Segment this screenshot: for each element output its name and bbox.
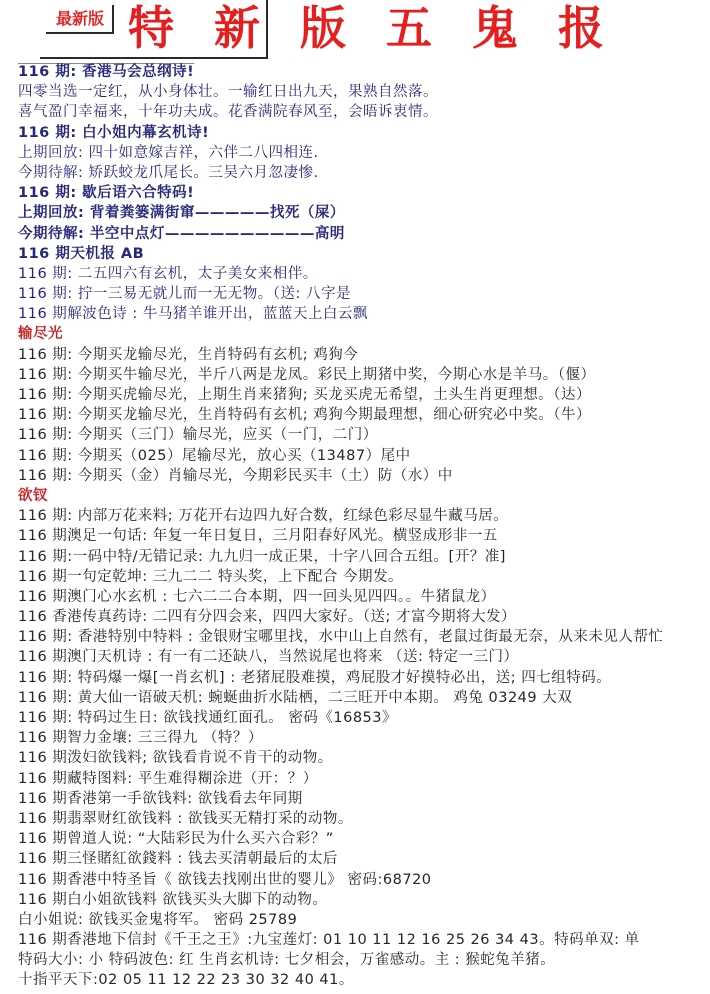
tip-line: 116 期: 今期买（025）尾输尽光，放心买（13487）尾中 bbox=[18, 446, 706, 466]
tip-line: 116 期: 今期买龙输尽光，生肖特码有玄机; 鸡狗今 bbox=[18, 345, 706, 365]
tip-line: 116 期香港第一手欲钱料: 欲钱看去年同期 bbox=[18, 789, 706, 809]
poem-line: 喜气盈门幸福来，十年功夫成。花香满院春风至，会晤诉衷情。 bbox=[18, 102, 706, 122]
tip-line: 116 期三怪賭紅欲錢料 : 钱去买清朝最后的太后 bbox=[18, 849, 706, 869]
tip-line: 116 期香港地下信封《千王之王》:九宝莲灯: 01 10 11 12 16 2… bbox=[18, 930, 706, 950]
latest-version-badge: 最新版 bbox=[46, 5, 114, 34]
poem-line: 四零当选一定红，从小身体壮。一输红日出九天，果熟自然落。 bbox=[18, 82, 706, 102]
tip-line: 116 期: 内部万花来料; 万花开右边四九好合数，红绿色彩尽显牛藏马居。 bbox=[18, 506, 706, 526]
tip-line: 116 期:一码中特/无错记录: 九九归一成正果，十字八回合五组。[开？准] bbox=[18, 547, 706, 567]
tip-line: 116 期: 香港特别中特料 : 金银财宝哪里找，水中山上自然有，老鼠过街最无奈… bbox=[18, 627, 706, 647]
poem-line: 116 期: 二五四六有玄机，太子美女来相伴。 bbox=[18, 264, 706, 284]
section-header-shujinguang: 输尽光 bbox=[18, 324, 706, 344]
tip-line: 116 期智力金壤: 三三得九 （特？） bbox=[18, 728, 706, 748]
tip-line: 116 期: 特码过生日: 欲钱找通红面孔。 密码《16853》 bbox=[18, 708, 706, 728]
tip-line: 十指平天下:02 05 11 12 22 23 30 32 40 41。 bbox=[18, 970, 706, 990]
tip-line: 特码大小: 小 特码波色: 红 生肖玄机诗: 七夕相会，万雀感动。主 : 猴蛇兔… bbox=[18, 950, 706, 970]
tip-line: 116 期曾道人说: “大陆彩民为什么买六合彩？” bbox=[18, 829, 706, 849]
tip-line: 116 期香港中特圣旨《 欲钱去找刚出世的婴儿》 密码:68720 bbox=[18, 870, 706, 890]
poem-line: 116 期解波色诗 : 牛马猪羊谁开出，蓝蓝天上白云飘 bbox=[18, 304, 706, 324]
poem-line: 今期待解: 矫跃蛟龙爪尾长。三吴六月忽凄惨. bbox=[18, 163, 706, 183]
tip-line: 116 期澳门天机诗 : 有一有二还缺八，当然说尾也将来 （送: 特定一三门） bbox=[18, 647, 706, 667]
tip-line: 116 期: 今期买牛输尽光，半斤八两是龙凤。彩民上期猪中奖，今期心水是羊马。（… bbox=[18, 365, 706, 385]
tip-line: 116 期: 特码爆一爆[一肖玄机] : 老猪屁股难摸，鸡屁股才好摸特必出，送;… bbox=[18, 668, 706, 688]
poem-line: 上期回放: 背着粪篓满街窜—————找死（屎） bbox=[18, 203, 706, 223]
tip-line: 116 香港传真药诗: 二四有分四会来，四四大家好。（送; 才富今期将大发） bbox=[18, 607, 706, 627]
content: 116 期: 香港马会总纲诗!四零当选一定红，从小身体壮。一输红日出九天，果熟自… bbox=[0, 62, 710, 991]
tip-line: 116 期澳足一句话: 年复一年日复日，三月阳春好风光。横竖成形非一五 bbox=[18, 526, 706, 546]
tip-line: 116 期: 黄大仙一语破天机: 蜿蜒曲折水陆栖，二三旺开中本期。 鸡兔 032… bbox=[18, 688, 706, 708]
tip-line: 白小姐说: 欲钱买金鬼将军。 密码 25789 bbox=[18, 910, 706, 930]
poem-line: 上期回放: 四十如意嫁吉祥，六伴二八四相连. bbox=[18, 143, 706, 163]
tip-line: 116 期: 今期买虎输尽光，上期生肖来猪狗; 买龙买虎无希望，土头生肖更理想。… bbox=[18, 385, 706, 405]
poem-line: 今期待解: 半空中点灯——————————高明 bbox=[18, 224, 706, 244]
tip-line: 116 期: 今期买（三门）输尽光，应买（一门，二门） bbox=[18, 425, 706, 445]
page-title: 特新版五鬼报 bbox=[128, 0, 644, 56]
tip-line: 116 期澳门心水玄机 : 七六二二合本期，四一回头见四四。。牛猪鼠龙） bbox=[18, 587, 706, 607]
tip-line: 116 期: 今期买龙输尽光，生肖特码有玄机; 鸡狗今期最理想，细心研究必中奖。… bbox=[18, 405, 706, 425]
tip-line: 116 期翡翠财红欲钱料 : 欲钱买无精打采的动物。 bbox=[18, 809, 706, 829]
section-header-yuqian: 欲钗 bbox=[18, 486, 706, 506]
tip-line: 116 期白小姐欲钱料 欲钱买头大脚下的动物。 bbox=[18, 890, 706, 910]
header: 最新版 特新版五鬼报 bbox=[0, 0, 710, 62]
tip-line: 116 期藏特图料: 平生难得糊涂进（开：？） bbox=[18, 769, 706, 789]
section-header-baixiaojie: 116 期: 白小姐内幕玄机诗! bbox=[18, 123, 706, 143]
poem-line: 116 期: 拧一三易无就儿而一无无物。（送: 八字是 bbox=[18, 284, 706, 304]
section-header-xiehouyu: 116 期: 歇后语六合特码! bbox=[18, 183, 706, 203]
section-header-tianjibao: 116 期天机报 AB bbox=[18, 244, 706, 264]
section-header-zongang: 116 期: 香港马会总纲诗! bbox=[18, 62, 706, 82]
tip-line: 116 期泼妇欲钱料; 欲钱看肯说不肯干的动物。 bbox=[18, 748, 706, 768]
tip-line: 116 期: 今期买（金）肖输尽光，今期彩民买丰（土）防（水）中 bbox=[18, 466, 706, 486]
tip-line: 116 期一句定乾坤: 三九二二 特头奖，上下配合 今期发。 bbox=[18, 567, 706, 587]
